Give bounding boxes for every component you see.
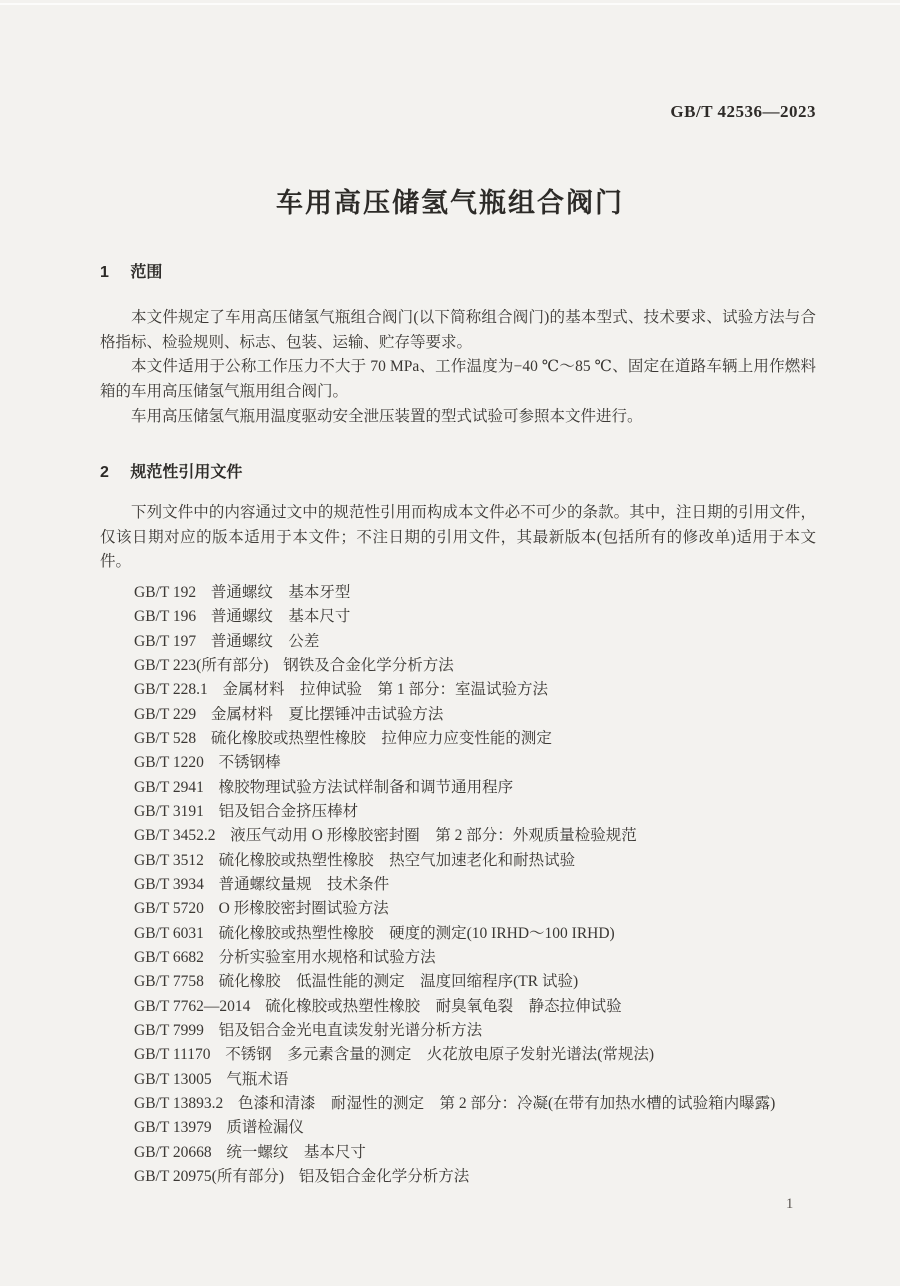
section-1-title: 范围 xyxy=(130,259,162,282)
reference-code: GB/T 3934 xyxy=(134,876,204,893)
reference-code: GB/T 13893.2 xyxy=(134,1095,223,1112)
reference-code: GB/T 5720 xyxy=(134,900,204,917)
reference-code: GB/T 6031 xyxy=(134,925,204,942)
paragraph: 车用高压储氢气瓶用温度驱动安全泄压装置的型式试验可参照本文件进行。 xyxy=(100,405,816,430)
reference-title: 色漆和清漆 耐湿性的测定 第 2 部分：冷凝(在带有加热水槽的试验箱内曝露) xyxy=(238,1095,775,1112)
reference-code: GB/T 196 xyxy=(134,608,196,625)
reference-item: GB/T 1220不锈钢棒 xyxy=(100,751,840,775)
reference-item: GB/T 7762—2014硫化橡胶或热塑性橡胶 耐臭氧龟裂 静态拉伸试验 xyxy=(100,995,840,1019)
reference-code: GB/T 11170 xyxy=(134,1046,211,1063)
reference-code: GB/T 7762—2014 xyxy=(134,998,250,1015)
standard-number: GB/T 42536—2023 xyxy=(670,102,816,122)
reference-title: 普通螺纹 基本牙型 xyxy=(211,584,351,601)
document-page: GB/T 42536—2023 车用高压储氢气瓶组合阀门 1 范围 本文件规定了… xyxy=(0,0,900,1286)
reference-code: GB/T 20975(所有部分) xyxy=(134,1168,284,1185)
normative-references-list: GB/T 192普通螺纹 基本牙型 GB/T 196普通螺纹 基本尺寸 GB/T… xyxy=(100,581,840,1189)
reference-code: GB/T 229 xyxy=(134,706,196,723)
reference-item: GB/T 5720O 形橡胶密封圈试验方法 xyxy=(100,897,840,921)
reference-title: 钢铁及合金化学分析方法 xyxy=(283,657,454,674)
paragraph: 本文件适用于公称工作压力不大于 70 MPa、工作温度为−40 ℃～85 ℃、固… xyxy=(100,355,816,404)
reference-title: 硫化橡胶或热塑性橡胶 硬度的测定(10 IRHD～100 IRHD) xyxy=(219,925,615,942)
reference-title: 硫化橡胶 低温性能的测定 温度回缩程序(TR 试验) xyxy=(219,973,579,990)
reference-item: GB/T 3934普通螺纹量规 技术条件 xyxy=(100,873,840,897)
paragraph: 下列文件中的内容通过文中的规范性引用而构成本文件必不可少的条款。其中，注日期的引… xyxy=(100,501,816,575)
reference-title: 气瓶术语 xyxy=(226,1071,288,1088)
reference-item: GB/T 223(所有部分)钢铁及合金化学分析方法 xyxy=(100,654,840,678)
reference-title: 硫化橡胶或热塑性橡胶 耐臭氧龟裂 静态拉伸试验 xyxy=(265,998,622,1015)
reference-title: 铝及铝合金化学分析方法 xyxy=(299,1168,470,1185)
reference-item: GB/T 7758硫化橡胶 低温性能的测定 温度回缩程序(TR 试验) xyxy=(100,970,840,994)
reference-code: GB/T 2941 xyxy=(134,779,204,796)
reference-title: 铝及铝合金光电直读发射光谱分析方法 xyxy=(219,1022,483,1039)
page-number: 1 xyxy=(786,1196,793,1213)
reference-code: GB/T 7758 xyxy=(134,973,204,990)
reference-code: GB/T 228.1 xyxy=(134,681,208,698)
reference-title: 金属材料 夏比摆锤冲击试验方法 xyxy=(211,706,444,723)
section-2-heading: 2 规范性引用文件 xyxy=(100,459,816,482)
reference-code: GB/T 7999 xyxy=(134,1022,204,1039)
reference-item: GB/T 2941橡胶物理试验方法试样制备和调节通用程序 xyxy=(100,776,840,800)
reference-item: GB/T 197普通螺纹 公差 xyxy=(100,630,840,654)
reference-title: 质谱检漏仪 xyxy=(226,1119,304,1136)
reference-item: GB/T 20668统一螺纹 基本尺寸 xyxy=(100,1141,840,1165)
reference-title: 不锈钢 多元素含量的测定 火花放电原子发射光谱法(常规法) xyxy=(225,1046,654,1063)
section-1-number: 1 xyxy=(100,264,109,282)
reference-item: GB/T 229金属材料 夏比摆锤冲击试验方法 xyxy=(100,703,840,727)
reference-code: GB/T 3452.2 xyxy=(134,827,216,844)
section-2-intro: 下列文件中的内容通过文中的规范性引用而构成本文件必不可少的条款。其中，注日期的引… xyxy=(100,501,816,575)
section-1-paragraphs: 本文件规定了车用高压储氢气瓶组合阀门(以下简称组合阀门)的基本型式、技术要求、试… xyxy=(100,306,816,430)
reference-title: 液压气动用 O 形橡胶密封圈 第 2 部分：外观质量检验规范 xyxy=(230,827,636,844)
reference-code: GB/T 1220 xyxy=(134,754,204,771)
reference-code: GB/T 13979 xyxy=(134,1119,212,1136)
reference-item: GB/T 13979质谱检漏仪 xyxy=(100,1116,840,1140)
reference-code: GB/T 528 xyxy=(134,730,196,747)
reference-code: GB/T 20668 xyxy=(134,1144,212,1161)
reference-item: GB/T 13893.2色漆和清漆 耐湿性的测定 第 2 部分：冷凝(在带有加热… xyxy=(100,1092,840,1116)
reference-code: GB/T 223(所有部分) xyxy=(134,657,268,674)
reference-title: 普通螺纹 基本尺寸 xyxy=(211,608,351,625)
section-2-title: 规范性引用文件 xyxy=(130,459,242,482)
reference-item: GB/T 196普通螺纹 基本尺寸 xyxy=(100,605,840,629)
reference-item: GB/T 11170不锈钢 多元素含量的测定 火花放电原子发射光谱法(常规法) xyxy=(100,1043,840,1067)
reference-item: GB/T 3452.2液压气动用 O 形橡胶密封圈 第 2 部分：外观质量检验规… xyxy=(100,824,840,848)
reference-item: GB/T 6682分析实验室用水规格和试验方法 xyxy=(100,946,840,970)
reference-code: GB/T 3191 xyxy=(134,803,204,820)
reference-code: GB/T 192 xyxy=(134,584,196,601)
reference-item: GB/T 192普通螺纹 基本牙型 xyxy=(100,581,840,605)
reference-item: GB/T 13005气瓶术语 xyxy=(100,1068,840,1092)
reference-title: 分析实验室用水规格和试验方法 xyxy=(219,949,436,966)
document-title: 车用高压储氢气瓶组合阀门 xyxy=(0,181,900,220)
reference-item: GB/T 3191铝及铝合金挤压棒材 xyxy=(100,800,840,824)
reference-item: GB/T 7999铝及铝合金光电直读发射光谱分析方法 xyxy=(100,1019,840,1043)
reference-title: 金属材料 拉伸试验 第 1 部分：室温试验方法 xyxy=(223,681,549,698)
reference-title: 橡胶物理试验方法试样制备和调节通用程序 xyxy=(219,779,514,796)
reference-code: GB/T 3512 xyxy=(134,852,204,869)
reference-item: GB/T 528硫化橡胶或热塑性橡胶 拉伸应力应变性能的测定 xyxy=(100,727,840,751)
reference-title: 硫化橡胶或热塑性橡胶 拉伸应力应变性能的测定 xyxy=(211,730,552,747)
reference-code: GB/T 13005 xyxy=(134,1071,212,1088)
section-2-number: 2 xyxy=(100,464,109,482)
paragraph: 本文件规定了车用高压储氢气瓶组合阀门(以下简称组合阀门)的基本型式、技术要求、试… xyxy=(100,306,816,355)
reference-item: GB/T 228.1金属材料 拉伸试验 第 1 部分：室温试验方法 xyxy=(100,678,840,702)
reference-title: 硫化橡胶或热塑性橡胶 热空气加速老化和耐热试验 xyxy=(219,852,576,869)
reference-item: GB/T 20975(所有部分)铝及铝合金化学分析方法 xyxy=(100,1165,840,1189)
reference-title: 普通螺纹量规 技术条件 xyxy=(219,876,390,893)
reference-title: 铝及铝合金挤压棒材 xyxy=(219,803,359,820)
reference-title: 统一螺纹 基本尺寸 xyxy=(226,1144,366,1161)
reference-title: 普通螺纹 公差 xyxy=(211,633,320,650)
reference-item: GB/T 3512硫化橡胶或热塑性橡胶 热空气加速老化和耐热试验 xyxy=(100,849,840,873)
reference-code: GB/T 6682 xyxy=(134,949,204,966)
reference-code: GB/T 197 xyxy=(134,633,196,650)
reference-item: GB/T 6031硫化橡胶或热塑性橡胶 硬度的测定(10 IRHD～100 IR… xyxy=(100,922,840,946)
section-1-heading: 1 范围 xyxy=(100,259,816,282)
reference-title: 不锈钢棒 xyxy=(219,754,281,771)
reference-title: O 形橡胶密封圈试验方法 xyxy=(219,900,389,917)
